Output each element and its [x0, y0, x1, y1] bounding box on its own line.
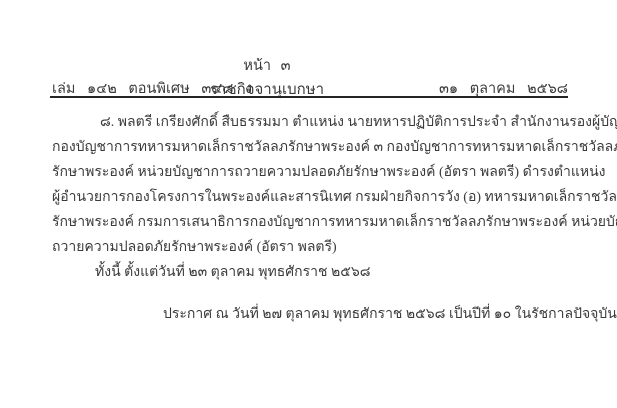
effective-date-line: ทั้งนี้ ตั้งแต่วันที่ ๒๓ ตุลาคม พุทธศักร…	[52, 260, 565, 285]
page-number-label: หน้า ๓	[0, 54, 534, 77]
gazette-header-row: เล่ม ๑๔๒ ตอนพิเศษ ๓๔๘ ง ราชกิจจานุเบกษา …	[52, 77, 568, 97]
entry-line: ผู้อำนวยการกองโครงการในพระองค์และสารนิเท…	[52, 185, 565, 210]
entry-line: ๘. พลตรี เกรียงศักดิ์ สืบธรรมมา ตำแหน่ง …	[52, 110, 565, 135]
entry-line: กองบัญชาการทหารมหาดเล็กราชวัลลภรักษาพระอ…	[52, 135, 565, 160]
proclamation-line: ประกาศ ณ วันที่ ๒๗ ตุลาคม พุทธศักราช ๒๕๖…	[52, 302, 565, 327]
header-divider	[50, 96, 568, 98]
entry-line: รักษาพระองค์ หน่วยบัญชาการถวายความปลอดภั…	[52, 160, 565, 185]
entry-line: รักษาพระองค์ กรมการเสนาธิการกองบัญชาการท…	[52, 210, 565, 235]
gazette-document-page: หน้า ๓ เล่ม ๑๔๒ ตอนพิเศษ ๓๔๘ ง ราชกิจจาน…	[0, 0, 617, 408]
entry-line: ถวายความปลอดภัยรักษาพระองค์ (อัตรา พลตรี…	[52, 235, 565, 260]
entry-paragraph: ๘. พลตรี เกรียงศักดิ์ สืบธรรมมา ตำแหน่ง …	[52, 110, 565, 327]
